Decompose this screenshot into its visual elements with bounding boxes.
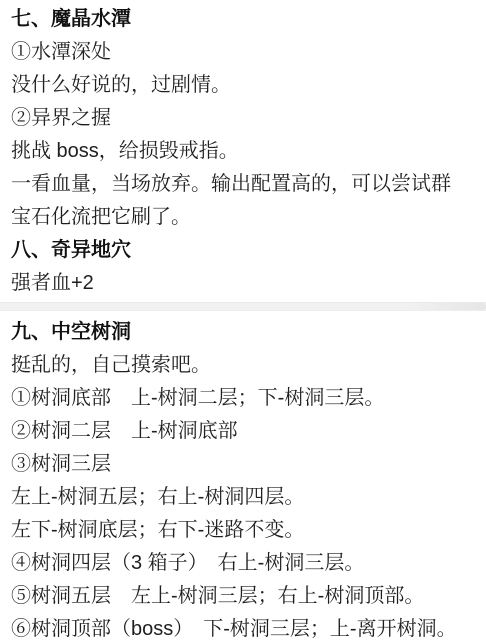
guide-line: ④树洞四层（3 箱子） 右上-树洞三层。 <box>11 547 458 580</box>
guide-line: ②树洞二层 上-树洞底部 <box>11 415 458 448</box>
guide-line: 左下-树洞底层；右下-迷路不变。 <box>11 514 458 547</box>
guide-section-7-8: 七、魔晶水潭①水潭深处没什么好说的，过剧情。②异界之握挑战 boss，给损毁戒指… <box>0 0 486 302</box>
guide-section-9: 九、中空树洞挺乱的，自己摸索吧。①树洞底部 上-树洞二层；下-树洞三层。②树洞二… <box>0 311 486 640</box>
guide-line: ①水潭深处 <box>11 36 458 69</box>
section-heading: 八、奇异地穴 <box>11 234 458 267</box>
guide-line: ⑤树洞五层 左上-树洞三层；右上-树洞顶部。 <box>11 580 458 613</box>
section-divider <box>0 302 486 311</box>
guide-line: ②异界之握 <box>11 102 458 135</box>
guide-line: ①树洞底部 上-树洞二层；下-树洞三层。 <box>11 382 458 415</box>
guide-page: 七、魔晶水潭①水潭深处没什么好说的，过剧情。②异界之握挑战 boss，给损毁戒指… <box>0 0 486 640</box>
guide-line: 没什么好说的，过剧情。 <box>11 69 458 102</box>
guide-line: 挑战 boss，给损毁戒指。 <box>11 135 458 168</box>
guide-line: 强者血+2 <box>11 267 458 300</box>
section-heading: 七、魔晶水潭 <box>11 3 458 36</box>
guide-line: ③树洞三层 <box>11 448 458 481</box>
guide-line: ⑥树洞顶部（boss） 下-树洞三层；上-离开树洞。 <box>11 613 458 640</box>
guide-line: 一看血量，当场放弃。输出配置高的，可以尝试群宝石化流把它刷了。 <box>11 168 458 234</box>
guide-line: 挺乱的，自己摸索吧。 <box>11 349 458 382</box>
section-heading: 九、中空树洞 <box>11 316 458 349</box>
guide-line: 左上-树洞五层；右上-树洞四层。 <box>11 481 458 514</box>
